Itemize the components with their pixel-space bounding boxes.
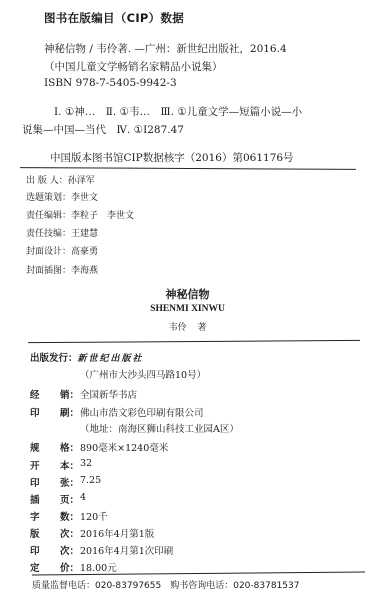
staff-label: 封面插图： — [26, 266, 71, 276]
publisher-row: 出版发行：新世纪出版社 — [30, 350, 144, 364]
divider-middle — [28, 340, 360, 343]
staff-value: 孙泽军 — [68, 176, 95, 186]
staff-value: 王建慧 — [71, 229, 98, 239]
book-author: 韦伶 著 — [0, 320, 375, 333]
cip-line-classification-1: Ⅰ. ①神… Ⅱ. ①韦… Ⅲ. ①儿童文学—短篇小说—小 — [54, 104, 302, 119]
staff-editor: 责任编辑：李粒子 李世文 — [26, 208, 134, 221]
staff-label: 责任编辑： — [26, 211, 71, 221]
staff-technical-editor: 责任技编：王建慧 — [26, 226, 98, 239]
cip-line-series: （中国儿童文学畅销名家精品小说集） — [44, 59, 223, 74]
cip-record-number: 中国版本图书馆CIP数据核字（2016）第061176号 — [50, 150, 294, 165]
staff-publisher-person: 出 版 人：孙泽军 — [26, 173, 95, 186]
cip-line-isbn: ISBN 978-7-5405-9942-3 — [44, 77, 177, 89]
staff-cover-design: 封面设计：高豪勇 — [26, 244, 98, 257]
publisher-address: （广州市大沙头四马路10号） — [80, 367, 206, 381]
cip-line-title: 神秘信物 / 韦伶著. —广州：新世纪出版社，2016.4 — [44, 41, 287, 56]
publisher-name: 新世纪出版社 — [78, 354, 144, 364]
book-title: 神秘信物 — [0, 286, 375, 302]
staff-cover-illustration: 封面插图：李海燕 — [26, 263, 98, 276]
publisher-label: 出版发行： — [30, 350, 78, 364]
footer-contact: 质量监督电话：020-83797655 购书咨询电话：020-83781537 — [32, 578, 299, 591]
staff-value: 高豪勇 — [71, 247, 98, 257]
staff-label: 出 版 人： — [26, 176, 68, 186]
staff-value: 李海燕 — [71, 266, 98, 276]
cip-heading: 图书在版编目（CIP）数据 — [44, 10, 184, 26]
staff-topic-planner: 选题策划：李世文 — [26, 190, 98, 203]
book-title-pinyin: SHENMI XINWU — [0, 304, 375, 314]
staff-value: 李世文 — [71, 193, 98, 203]
cip-line-classification-2: 说集—中国—当代 Ⅳ. ①I287.47 — [22, 122, 184, 137]
staff-label: 封面设计： — [26, 247, 71, 257]
divider-top — [20, 167, 356, 170]
staff-label: 责任技编： — [26, 229, 71, 239]
staff-value: 李粒子 李世文 — [71, 211, 134, 221]
staff-label: 选题策划： — [26, 193, 71, 203]
